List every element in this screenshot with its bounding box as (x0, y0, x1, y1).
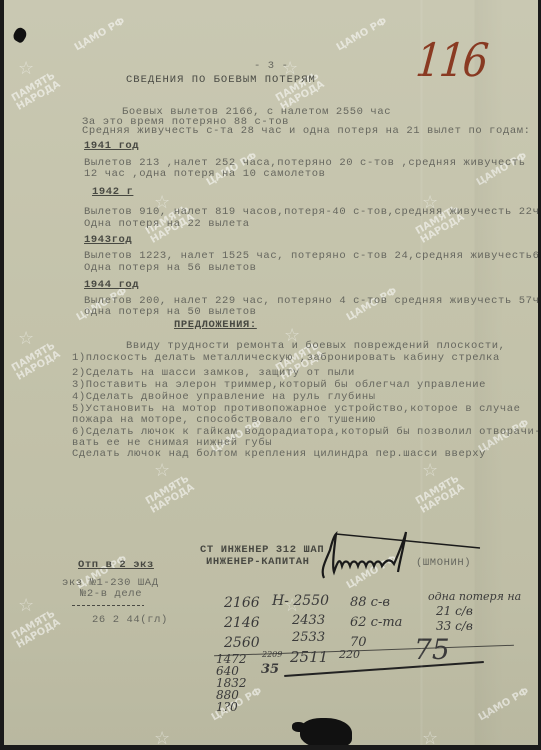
watermark-pamyat: ПАМЯТЬНАРОДА (144, 474, 196, 516)
year-1944-line-2: одна потеря на 50 вылетов (84, 306, 257, 318)
year-heading-1944: 1944 год (84, 279, 139, 291)
handwritten-value: 2533 (292, 630, 325, 645)
handwritten-column-1: 2166 2146 2560 (224, 593, 260, 653)
handwritten-big-number: 75 (414, 633, 450, 666)
ink-blot (292, 722, 306, 732)
proposal-item-3: 3)Поставить на элерон триммер,который бы… (72, 379, 486, 391)
proposal-item-2: 2)Сделать на шасси замков, защиту от пыл… (72, 367, 355, 379)
handwritten-column-3: 88 с-в 62 с-та 70 (350, 593, 402, 653)
star-icon: ☆ (154, 728, 170, 745)
year-heading-1943: 1943год (84, 234, 132, 246)
year-1941-line-2: 12 час ,одна потеря на 10 самолетов (84, 168, 326, 180)
handwritten-subtraction: 1472 640 1832 880 1?0 (216, 653, 247, 713)
handwritten-small-value: 2209 (262, 650, 282, 659)
signature-title-1: СТ ИНЖЕНЕР 312 ШАП (200, 544, 324, 556)
watermark-tsamo: ЦАМО РФ (73, 17, 127, 54)
handwritten-value: 2433 (292, 613, 325, 628)
star-icon: ☆ (154, 460, 170, 481)
proposals-heading: ПРЕДЛОЖЕНИЯ: (174, 319, 257, 331)
signatory-name: (ШМОНИН) (416, 557, 471, 569)
watermark-tsamo: ЦАМО РФ (477, 687, 531, 724)
handwritten-total-hours: Н- 2550 (272, 593, 329, 609)
star-icon: ☆ (422, 460, 438, 481)
star-icon: ☆ (422, 728, 438, 745)
handwritten-small-value: 35 (261, 662, 279, 677)
distribution-date: 26 2 44(гл) (92, 614, 168, 626)
ink-mark (11, 26, 28, 44)
signature-icon (320, 530, 500, 580)
summary-line-3: Средняя живучесть с-та 28 час и одна пот… (82, 125, 531, 137)
document-title: СВЕДЕНИЯ ПО БОЕВЫМ ПОТЕРЯМ (126, 74, 316, 86)
year-1942-line-1: Вылетов 910, налет 819 часов,потеря-40 с… (84, 206, 538, 218)
page-marker: - 3 - (254, 60, 289, 72)
distribution-copy-2: №2-в деле (80, 588, 142, 600)
signature-title-2: ИНЖЕНЕР-КАПИТАН (206, 556, 310, 568)
year-1942-line-2: Одна потеря на 22 вылета (84, 218, 250, 230)
year-heading-1942: 1942 г (92, 186, 133, 198)
ink-blot (300, 718, 352, 745)
archive-page-number: 116 (414, 35, 489, 88)
star-icon: ☆ (18, 595, 34, 616)
year-1943-line-1: Вылетов 1223, налет 1525 час, потеряно с… (84, 250, 538, 262)
proposal-item-1: 1)плоскость делать металлическую ,заброн… (72, 352, 500, 364)
year-1943-line-2: Одна потеря на 56 вылетов (84, 262, 257, 274)
document-page: ЦАМО РФ ЦАМО РФ ☆ ПАМЯТЬНАРОДА ☆ ПАМЯТЬН… (4, 0, 538, 745)
star-icon: ☆ (18, 58, 34, 79)
handwritten-note: одна потеря на (428, 590, 521, 603)
proposals-intro: Ввиду трудности ремонта и боевых поврежд… (126, 340, 506, 352)
distribution-copies: Отп в 2 экз (78, 559, 154, 571)
proposal-item-4: 4)Сделать двойное управление на руль глу… (72, 391, 376, 403)
proposal-item-5-cont: пожара на моторе, способствовало его туш… (72, 414, 376, 426)
handwritten-value: 220 (339, 648, 360, 661)
star-icon: ☆ (18, 328, 34, 349)
watermark-tsamo: ЦАМО РФ (335, 17, 389, 54)
handwritten-note: 21 с/в (436, 604, 473, 618)
handwritten-value: 2511 (290, 648, 328, 666)
handwritten-note: 33 с/в (436, 619, 473, 633)
year-heading-1941: 1941 год (84, 140, 139, 152)
proposal-item-7: Сделать лючок над болтом крепления цилин… (72, 448, 486, 460)
separator (72, 605, 144, 606)
